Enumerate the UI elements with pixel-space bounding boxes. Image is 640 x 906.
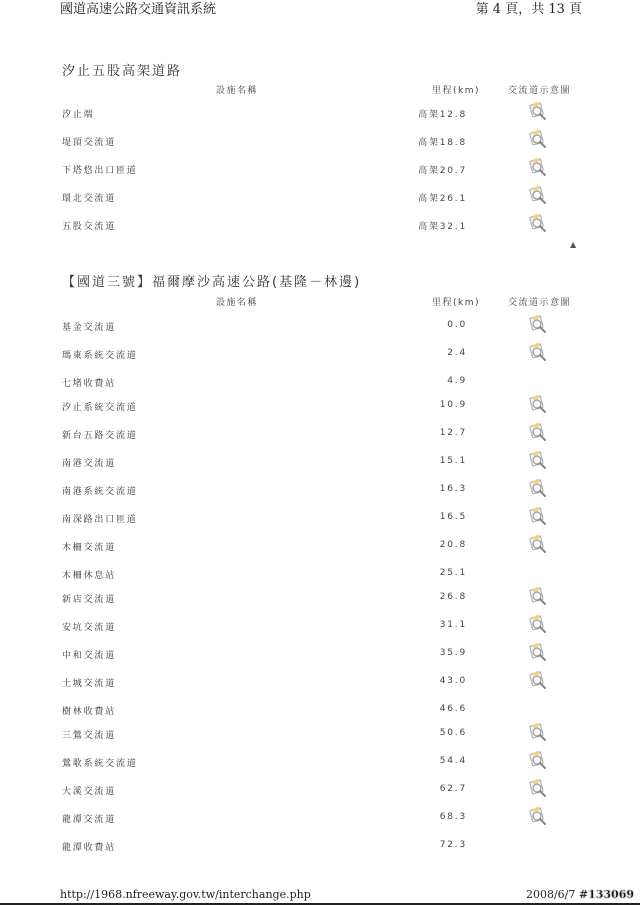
mileage: 高架18.8: [418, 135, 467, 148]
interchange-map-icon[interactable]: [528, 534, 548, 554]
mileage: 50.6: [440, 728, 467, 738]
interchange-map-icon[interactable]: [528, 157, 548, 177]
table-row: 七堵收費站4.9: [0, 376, 640, 392]
footer-date: 2008/6/7 #133069: [526, 888, 634, 901]
mileage: 2.4: [447, 348, 467, 358]
interchange-map-icon[interactable]: [528, 185, 548, 205]
mileage: 43.0: [440, 676, 467, 686]
facility-name: 基金交流道: [62, 320, 116, 333]
mileage: 20.8: [440, 540, 467, 550]
table-row: 南深路出口匝道16.5: [0, 512, 640, 528]
facility-name: 新店交流道: [62, 592, 116, 605]
table-row: 樹林收費站46.6: [0, 704, 640, 720]
facility-name: 木柵交流道: [62, 540, 116, 553]
interchange-map-icon[interactable]: [528, 614, 548, 634]
facility-name: 土城交流道: [62, 676, 116, 689]
table-row: 南港交流道15.1: [0, 456, 640, 472]
col-header-map: 交流道示意圖: [508, 295, 571, 308]
facility-name: 三鶯交流道: [62, 728, 116, 741]
facility-name: 龍潭收費站: [62, 840, 116, 853]
page-header-title: 國道高速公路交通資訊系統: [60, 0, 216, 17]
mileage: 46.6: [440, 704, 467, 714]
col-header-km: 里程(km): [432, 295, 480, 308]
interchange-map-icon[interactable]: [528, 778, 548, 798]
table-row: 鶯歌系統交流道54.4: [0, 756, 640, 772]
interchange-map-icon[interactable]: [528, 642, 548, 662]
mileage: 高架12.8: [418, 107, 467, 120]
table-row: 新店交流道26.8: [0, 592, 640, 608]
table-row: 土城交流道43.0: [0, 676, 640, 692]
mileage: 72.3: [440, 840, 467, 850]
mileage: 12.7: [440, 428, 467, 438]
page-number: 第 4 頁，共 13 頁: [476, 0, 582, 17]
table-row: 龍潭收費站72.3: [0, 840, 640, 856]
interchange-map-icon[interactable]: [528, 586, 548, 606]
mileage: 15.1: [440, 456, 467, 466]
table-row: 南港系統交流道16.3: [0, 484, 640, 500]
table-row: 大溪交流道62.7: [0, 784, 640, 800]
interchange-map-icon[interactable]: [528, 314, 548, 334]
table-row: 基金交流道0.0: [0, 320, 640, 336]
facility-name: 南港系統交流道: [62, 484, 138, 497]
mileage: 68.3: [440, 812, 467, 822]
interchange-map-icon[interactable]: [528, 506, 548, 526]
table-row: 汐止系統交流道10.9: [0, 400, 640, 416]
table-row: 堤頂交流道高架18.8: [0, 135, 640, 151]
mileage: 高架32.1: [418, 219, 467, 232]
interchange-map-icon[interactable]: [528, 101, 548, 121]
table-row: 環北交流道高架26.1: [0, 191, 640, 207]
interchange-map-icon[interactable]: [528, 806, 548, 826]
col-header-name: 設施名稱: [216, 83, 258, 96]
footer-divider: [0, 903, 640, 905]
table-row: 新台五路交流道12.7: [0, 428, 640, 444]
table-row: 中和交流道35.9: [0, 648, 640, 664]
table-row: 五股交流道高架32.1: [0, 219, 640, 235]
mileage: 25.1: [440, 568, 467, 578]
interchange-map-icon[interactable]: [528, 670, 548, 690]
mileage: 62.7: [440, 784, 467, 794]
mileage: 16.3: [440, 484, 467, 494]
mileage: 35.9: [440, 648, 467, 658]
print-date: 2008/6/7: [526, 888, 575, 901]
mileage: 54.4: [440, 756, 467, 766]
interchange-map-icon[interactable]: [528, 394, 548, 414]
mileage: 26.8: [440, 592, 467, 602]
table-row: 木柵交流道20.8: [0, 540, 640, 556]
facility-name: 安坑交流道: [62, 620, 116, 633]
interchange-map-icon[interactable]: [528, 129, 548, 149]
facility-name: 中和交流道: [62, 648, 116, 661]
facility-name: 汐止系統交流道: [62, 400, 138, 413]
facility-name: 大溪交流道: [62, 784, 116, 797]
facility-name: 樹林收費站: [62, 704, 116, 717]
table-row: 龍潭交流道68.3: [0, 812, 640, 828]
facility-name: 汐止端: [62, 107, 94, 120]
facility-name: 瑪東系統交流道: [62, 348, 138, 361]
facility-name: 下塔悠出口匝道: [62, 163, 138, 176]
section-title-elevated: 汐止五股高架道路: [62, 60, 182, 79]
interchange-map-icon[interactable]: [528, 422, 548, 442]
mileage: 10.9: [440, 400, 467, 410]
col-header-km: 里程(km): [432, 83, 480, 96]
facility-name: 堤頂交流道: [62, 135, 116, 148]
mileage: 高架26.1: [418, 191, 467, 204]
table-row: 木柵休息站25.1: [0, 568, 640, 584]
facility-name: 南深路出口匝道: [62, 512, 138, 525]
table-row: 安坑交流道31.1: [0, 620, 640, 636]
interchange-map-icon[interactable]: [528, 213, 548, 233]
mileage: 高架20.7: [418, 163, 467, 176]
facility-name: 七堵收費站: [62, 376, 116, 389]
back-to-top-link[interactable]: ▲: [570, 240, 576, 249]
watermark-id: #133069: [579, 888, 634, 901]
footer-url: http://1968.nfreeway.gov.tw/interchange.…: [60, 888, 311, 901]
facility-name: 鶯歌系統交流道: [62, 756, 138, 769]
facility-name: 環北交流道: [62, 191, 116, 204]
col-header-name: 設施名稱: [216, 295, 258, 308]
interchange-map-icon[interactable]: [528, 478, 548, 498]
interchange-map-icon[interactable]: [528, 342, 548, 362]
table-row: 三鶯交流道50.6: [0, 728, 640, 744]
mileage: 0.0: [447, 320, 467, 330]
facility-name: 龍潭交流道: [62, 812, 116, 825]
mileage: 16.5: [440, 512, 467, 522]
facility-name: 南港交流道: [62, 456, 116, 469]
mileage: 4.9: [447, 376, 467, 386]
facility-name: 木柵休息站: [62, 568, 116, 581]
section-title-freeway3: 【國道三號】福爾摩沙高速公路(基隆－林邊): [62, 271, 361, 290]
facility-name: 新台五路交流道: [62, 428, 138, 441]
col-header-map: 交流道示意圖: [508, 83, 571, 96]
interchange-map-icon[interactable]: [528, 722, 548, 742]
interchange-map-icon[interactable]: [528, 450, 548, 470]
table-row: 汐止端高架12.8: [0, 107, 640, 123]
mileage: 31.1: [440, 620, 467, 630]
table-row: 瑪東系統交流道2.4: [0, 348, 640, 364]
facility-name: 五股交流道: [62, 219, 116, 232]
interchange-map-icon[interactable]: [528, 750, 548, 770]
table-row: 下塔悠出口匝道高架20.7: [0, 163, 640, 179]
